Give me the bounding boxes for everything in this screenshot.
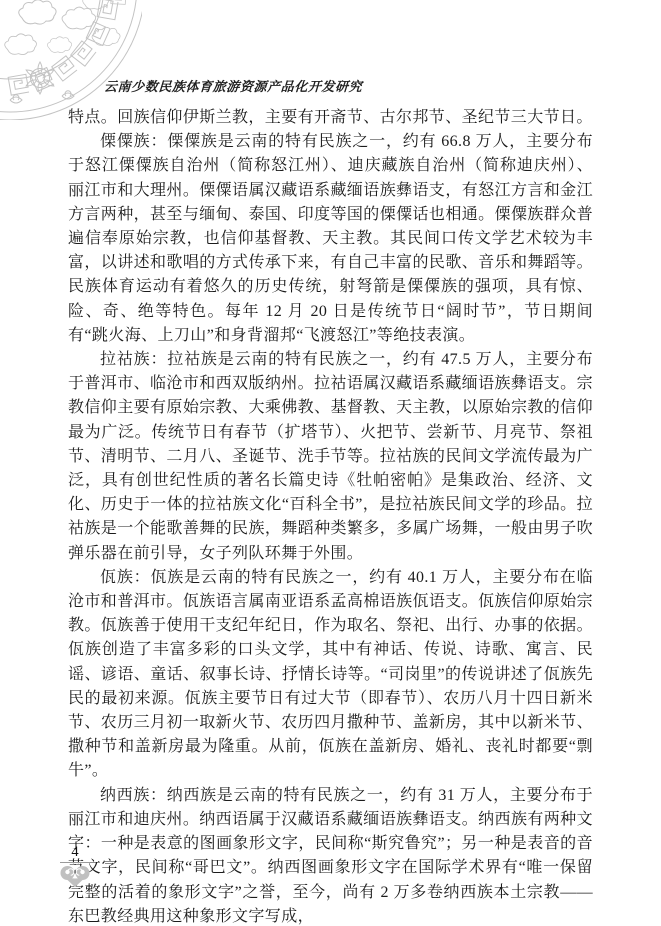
paragraph-hui-festivals: 特点。回族信仰伊斯兰教，主要有开斋节、古尔邦节、圣纪节三大节日。 bbox=[68, 106, 593, 130]
document-page: 云南少数民族体育旅游资源产品化开发研究 特点。回族信仰伊斯兰教，主要有开斋节、古… bbox=[0, 0, 661, 926]
paragraph-lisu: 傈僳族：傈僳族是云南的特有民族之一，约有 66.8 万人，主要分布于怒江傈僳族自… bbox=[68, 130, 593, 348]
corner-cloud-medallion-icon bbox=[0, 0, 142, 120]
page-number: 4 bbox=[57, 843, 93, 861]
paragraph-naxi: 纳西族：纳西族是云南的特有民族之一，约有 31 万人，主要分布于丽江市和迪庆州。… bbox=[68, 784, 593, 926]
page-footer: 4 bbox=[57, 843, 93, 888]
body-text-block: 特点。回族信仰伊斯兰教，主要有开斋节、古尔邦节、圣纪节三大节日。 傈僳族：傈僳族… bbox=[68, 106, 593, 926]
footer-ruyi-cloud-icon bbox=[58, 865, 92, 888]
running-head-title: 云南少数民族体育旅游资源产品化开发研究 bbox=[104, 76, 363, 95]
paragraph-wa: 佤族：佤族是云南的特有民族之一，约有 40.1 万人，主要分布在临沧市和普洱市。… bbox=[68, 566, 593, 784]
page-number-rule bbox=[60, 862, 90, 863]
paragraph-lahu: 拉祜族：拉祜族是云南的特有民族之一，约有 47.5 万人，主要分布于普洱市、临沧… bbox=[68, 348, 593, 566]
